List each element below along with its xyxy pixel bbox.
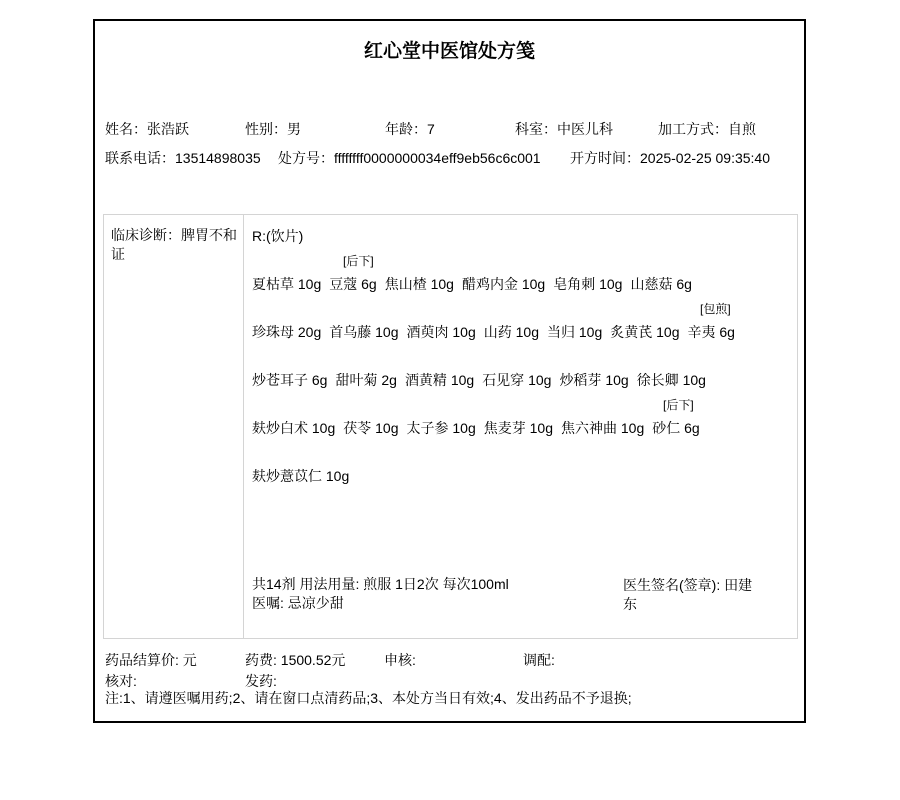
patient-gender: 性别：男	[245, 121, 301, 138]
herb-item: 甜叶菊 2g	[335, 372, 396, 388]
prescription-page: 红心堂中医馆处方笺 姓名：张浩跃 性别：男 年龄：7 科室：中医儿科 加工方式：…	[0, 0, 900, 800]
decoction-marker: [后下]	[252, 254, 374, 268]
herb-item: 酒萸肉 10g	[407, 324, 476, 340]
review-field: 申核:	[384, 652, 416, 669]
prescription-content: R:(饮片) [后下]夏枯草 10g豆蔻 6g焦山楂 10g醋鸡内金 10g皂角…	[252, 224, 794, 488]
processing-method: 加工方式：自煎	[658, 121, 756, 138]
doctor-signature: 医生签名(签章): 田建东	[623, 576, 757, 614]
herb-item: 皂角刺 10g	[553, 276, 622, 292]
herb-line: 炒苍耳子 6g甜叶菊 2g酒黄精 10g石见穿 10g炒稻芽 10g徐长卿 10…	[252, 368, 794, 392]
decoction-marker-line: [后下]	[252, 392, 794, 416]
herb-item: 豆蔻 6g	[329, 276, 376, 292]
decoction-marker-line: [后下]	[252, 248, 794, 272]
herb-item: 砂仁 6g	[652, 420, 699, 436]
herb-item: 炙黄芪 10g	[610, 324, 679, 340]
herb-item: 珍珠母 20g	[252, 324, 321, 340]
dispense-field: 发药:	[245, 673, 277, 690]
prepare-field: 调配:	[523, 652, 555, 669]
doctor-advice: 医嘱: 忌凉少甜	[252, 595, 344, 612]
contact-phone: 联系电话：13514898035	[105, 150, 261, 167]
herb-line: 珍珠母 20g首乌藤 10g酒萸肉 10g山药 10g当归 10g炙黄芪 10g…	[252, 320, 794, 344]
herb-item: 徐长卿 10g	[637, 372, 706, 388]
herb-item: 山慈菇 6g	[630, 276, 691, 292]
herb-line: 麸炒白术 10g茯苓 10g太子参 10g焦麦芽 10g焦六神曲 10g砂仁 6…	[252, 416, 794, 440]
herb-item: 当归 10g	[547, 324, 602, 340]
herb-line: 麸炒薏苡仁 10g	[252, 464, 794, 488]
medicine-fee-field: 药费: 1500.52元	[245, 652, 345, 669]
herb-item: 茯苓 10g	[343, 420, 398, 436]
prescription-time: 开方时间：2025-02-25 09:35:40	[570, 150, 770, 167]
usage-line: 共14剂 用法用量: 煎服 1日2次 每次100ml	[252, 576, 509, 593]
herb-item: 麸炒白术 10g	[252, 420, 335, 436]
herb-item: 太子参 10g	[407, 420, 476, 436]
patient-age: 年龄：7	[385, 121, 435, 138]
decoction-marker: [包煎]	[252, 302, 731, 316]
herb-item: 石见穿 10g	[482, 372, 551, 388]
check-field: 核对:	[105, 673, 137, 690]
decoction-marker: [后下]	[252, 398, 694, 412]
prescription-number: 处方号：ffffffff0000000034eff9eb56c6c001	[278, 150, 541, 167]
herb-item: 麸炒薏苡仁 10g	[252, 468, 349, 484]
rx-header: R:(饮片)	[252, 224, 794, 248]
herb-line: 夏枯草 10g豆蔻 6g焦山楂 10g醋鸡内金 10g皂角刺 10g山慈菇 6g	[252, 272, 794, 296]
patient-name: 姓名：张浩跃	[105, 121, 189, 138]
herb-item: 酒黄精 10g	[405, 372, 474, 388]
herb-item: 炒苍耳子 6g	[252, 372, 327, 388]
settle-price-field: 药品结算价: 元	[105, 652, 197, 669]
herb-item: 焦麦芽 10g	[484, 420, 553, 436]
department: 科室：中医儿科	[515, 121, 613, 138]
herb-item: 醋鸡内金 10g	[462, 276, 545, 292]
blank-line	[252, 344, 794, 368]
herb-item: 首乌藤 10g	[329, 324, 398, 340]
herb-item: 山药 10g	[484, 324, 539, 340]
decoction-marker-line: [包煎]	[252, 296, 794, 320]
note-line: 注:1、请遵医嘱用药;2、请在窗口点清药品;3、本处方当日有效;4、发出药品不予…	[105, 690, 632, 707]
rx-lines: [后下]夏枯草 10g豆蔻 6g焦山楂 10g醋鸡内金 10g皂角刺 10g山慈…	[252, 248, 794, 488]
blank-line	[252, 440, 794, 464]
clinical-diagnosis: 临床诊断：脾胃不和证	[111, 226, 239, 264]
herb-item: 焦山楂 10g	[385, 276, 454, 292]
herb-item: 焦六神曲 10g	[561, 420, 644, 436]
herb-item: 炒稻芽 10g	[559, 372, 628, 388]
clinic-title: 红心堂中医馆处方笺	[93, 36, 806, 63]
herb-item: 夏枯草 10g	[252, 276, 321, 292]
herb-item: 辛夷 6g	[688, 324, 735, 340]
prescription-box-divider	[243, 214, 244, 639]
